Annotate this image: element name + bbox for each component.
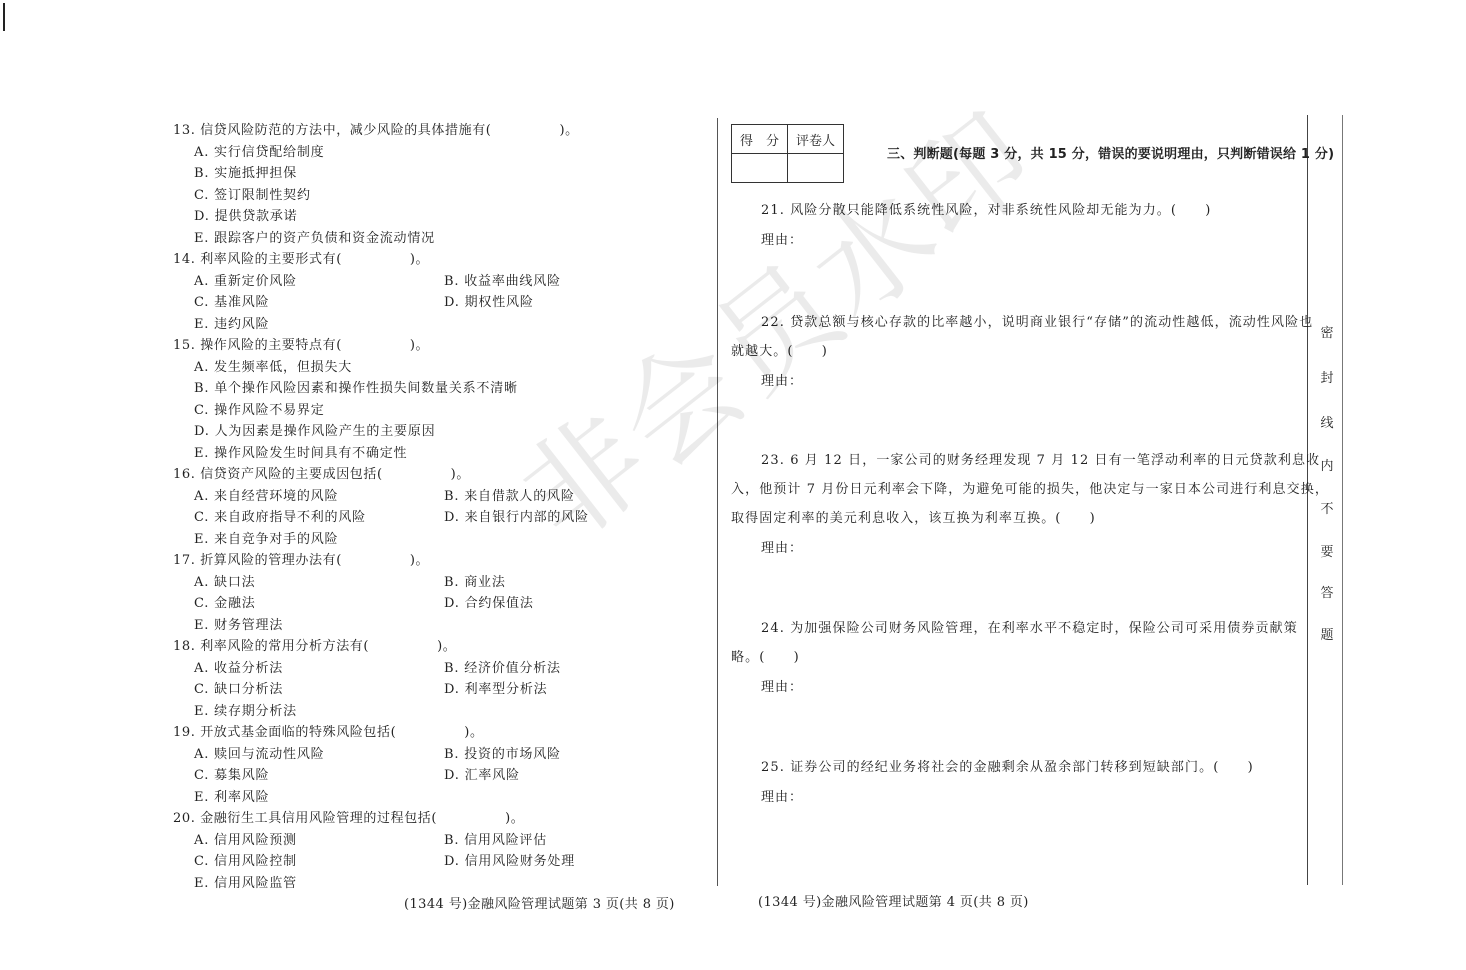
- option: E. 续存期分析法: [194, 700, 297, 719]
- question-title: 15. 操作风险的主要特点有( )。: [173, 334, 429, 353]
- option: B. 投资的市场风险: [444, 743, 561, 762]
- option: C. 金融法: [194, 592, 256, 611]
- judgment-question-line: 23. 6 月 12 日，一家公司的财务经理发现 7 月 12 日有一笔浮动利率…: [761, 449, 1320, 468]
- seal-border-right: [1342, 115, 1343, 885]
- judgment-question-line: 24. 为加强保险公司财务风险管理，在利率水平不稳定时，保险公司可采用债券贡献策: [761, 617, 1298, 636]
- judgment-question-line: 入，他预计 7 月份日元利率会下降，为避免可能的损失，他决定与一家日本公司进行利…: [731, 478, 1329, 497]
- question-title: 17. 折算风险的管理办法有( )。: [173, 549, 429, 568]
- option: D. 汇率风险: [444, 764, 520, 783]
- judgment-question-line: 就越大。( ): [731, 340, 828, 359]
- option: B. 商业法: [444, 571, 506, 590]
- grader-header: 评卷人: [788, 125, 844, 154]
- score-header: 得 分: [732, 125, 788, 154]
- option: E. 操作风险发生时间具有不确定性: [194, 442, 407, 461]
- score-cell[interactable]: [732, 154, 788, 183]
- reason-label: 理由：: [761, 537, 803, 556]
- question-title: 13. 信贷风险防范的方法中，减少风险的具体措施有( )。: [173, 119, 579, 138]
- option: C. 缺口分析法: [194, 678, 283, 697]
- question-title: 19. 开放式基金面临的特殊风险包括( )。: [173, 721, 484, 740]
- option: B. 单个操作风险因素和操作性损失间数量关系不清晰: [194, 377, 518, 396]
- score-table: 得 分 评卷人: [731, 124, 844, 183]
- option: E. 财务管理法: [194, 614, 283, 633]
- option: C. 基准风险: [194, 291, 269, 310]
- option: D. 利率型分析法: [444, 678, 547, 697]
- option: B. 来自借款人的风险: [444, 485, 575, 504]
- page-divider-line: [717, 118, 718, 886]
- judgment-question-line: 取得固定利率的美元利息收入，该互换为利率互换。( ): [731, 507, 1096, 526]
- section-title: 三、判断题(每题 3 分，共 15 分，错误的要说明理由，只判断错误给 1 分): [887, 143, 1334, 162]
- option: A. 赎回与流动性风险: [194, 743, 324, 762]
- option: A. 信用风险预测: [194, 829, 297, 848]
- reason-label: 理由：: [761, 676, 803, 695]
- seal-border-left: [1307, 115, 1308, 885]
- option: A. 重新定价风险: [194, 270, 297, 289]
- seal-line-char: 要: [1318, 541, 1336, 560]
- question-title: 18. 利率风险的常用分析方法有( )。: [173, 635, 456, 654]
- judgment-question-line: 略。( ): [731, 646, 800, 665]
- question-title: 14. 利率风险的主要形式有( )。: [173, 248, 429, 267]
- option: D. 信用风险财务处理: [444, 850, 575, 869]
- option: D. 期权性风险: [444, 291, 534, 310]
- seal-line-char: 题: [1318, 624, 1336, 643]
- judgment-question-line: 22. 贷款总额与核心存款的比率越小，说明商业银行“存储”的流动性越低，流动性风…: [761, 311, 1313, 330]
- option: C. 募集风险: [194, 764, 269, 783]
- option: A. 发生频率低，但损失大: [194, 356, 352, 375]
- seal-line-char: 不: [1318, 498, 1336, 517]
- option: E. 来自竞争对手的风险: [194, 528, 338, 547]
- grader-cell[interactable]: [788, 154, 844, 183]
- option: D. 人为因素是操作风险产生的主要原因: [194, 420, 435, 439]
- option: A. 实行信贷配给制度: [194, 141, 324, 160]
- option: D. 来自银行内部的风险: [444, 506, 589, 525]
- option: B. 实施抵押担保: [194, 162, 297, 181]
- option: B. 收益率曲线风险: [444, 270, 561, 289]
- option: D. 提供贷款承诺: [194, 205, 297, 224]
- seal-line-char: 内: [1318, 455, 1336, 474]
- seal-line-char: 答: [1318, 582, 1336, 601]
- option: B. 信用风险评估: [444, 829, 547, 848]
- option: E. 信用风险监管: [194, 872, 297, 891]
- left-page-footer: (1344 号)金融风险管理试题第 3 页(共 8 页): [404, 893, 675, 912]
- option: E. 违约风险: [194, 313, 269, 332]
- seal-line-char: 封: [1318, 367, 1336, 386]
- option: B. 经济价值分析法: [444, 657, 561, 676]
- option: C. 信用风险控制: [194, 850, 297, 869]
- option: A. 来自经营环境的风险: [194, 485, 338, 504]
- judgment-question-line: 25. 证券公司的经纪业务将社会的金融剩余从盈余部门转移到短缺部门。( ): [761, 756, 1254, 775]
- option: C. 来自政府指导不利的风险: [194, 506, 366, 525]
- reason-label: 理由：: [761, 370, 803, 389]
- option: C. 签订限制性契约: [194, 184, 311, 203]
- option: A. 收益分析法: [194, 657, 283, 676]
- option: E. 利率风险: [194, 786, 269, 805]
- seal-line-char: 密: [1318, 322, 1336, 341]
- reason-label: 理由：: [761, 786, 803, 805]
- option: C. 操作风险不易界定: [194, 399, 325, 418]
- right-page-footer: (1344 号)金融风险管理试题第 4 页(共 8 页): [758, 891, 1029, 910]
- scan-corner-mark: [3, 3, 5, 31]
- judgment-question-line: 21. 风险分散只能降低系统性风险，对非系统性风险却无能为力。( ): [761, 199, 1211, 218]
- reason-label: 理由：: [761, 229, 803, 248]
- question-title: 20. 金融衍生工具信用风险管理的过程包括( )。: [173, 807, 524, 826]
- seal-line-char: 线: [1318, 412, 1336, 431]
- option: A. 缺口法: [194, 571, 255, 590]
- question-title: 16. 信贷资产风险的主要成因包括( )。: [173, 463, 470, 482]
- option: D. 合约保值法: [444, 592, 534, 611]
- option: E. 跟踪客户的资产负债和资金流动情况: [194, 227, 435, 246]
